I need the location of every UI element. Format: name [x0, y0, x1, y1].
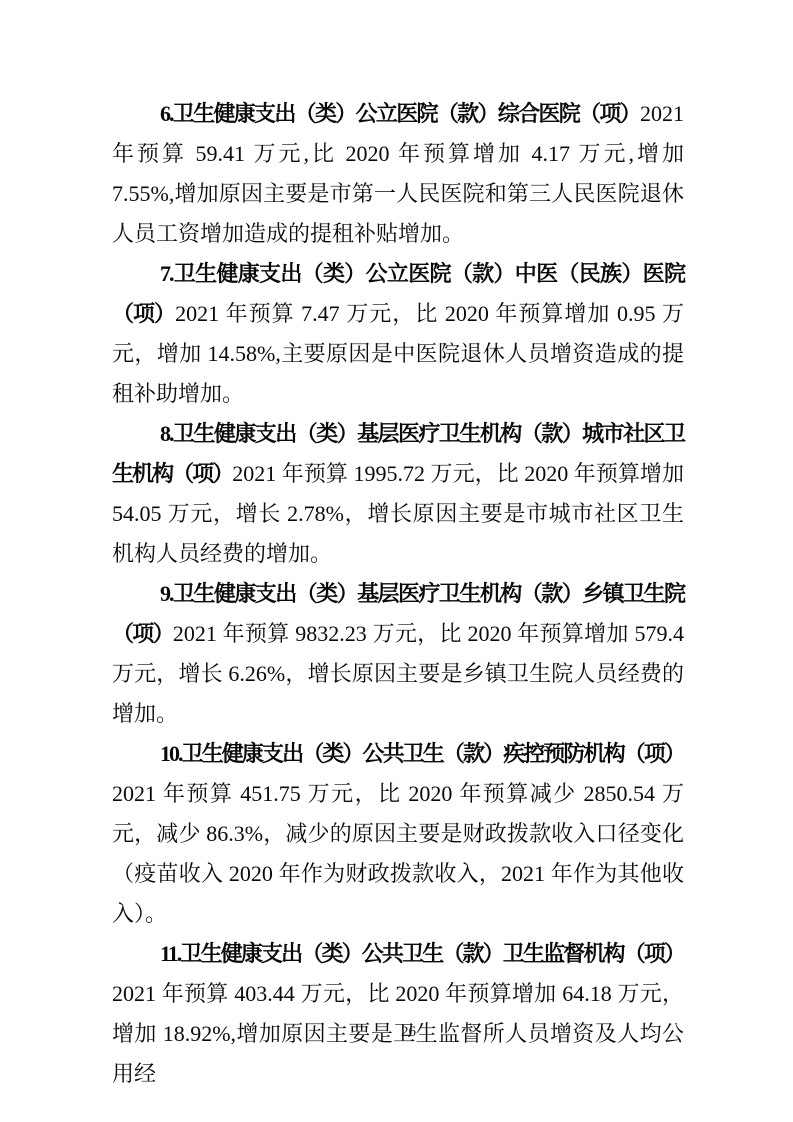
paragraph-item-6: 6.卫生健康支出（类）公立医院（款）综合医院（项）2021 年预算 59.41 …: [112, 94, 684, 254]
paragraph-heading: 11.卫生健康支出（类）公共卫生（款）卫生监督机构（项）: [160, 941, 684, 966]
paragraph-item-8: 8.卫生健康支出（类）基层医疗卫生机构（款）城市社区卫生机构（项）2021 年预…: [112, 414, 684, 574]
paragraph-item-11: 11.卫生健康支出（类）公共卫生（款）卫生监督机构（项）2021 年预算 403…: [112, 934, 684, 1094]
paragraph-item-9: 9.卫生健康支出（类）基层医疗卫生机构（款）乡镇卫生院（项）2021 年预算 9…: [112, 574, 684, 734]
paragraph-body: 2021 年预算 7.47 万元，比 2020 年预算增加 0.95 万元，增加…: [112, 301, 684, 406]
paragraph-item-7: 7.卫生健康支出（类）公立医院（款）中医（民族）医院（项）2021 年预算 7.…: [112, 254, 684, 414]
paragraph-body: 2021 年预算 451.75 万元，比 2020 年预算减少 2850.54 …: [112, 781, 684, 926]
paragraph-heading: 10.卫生健康支出（类）公共卫生（款）疾控预防机构（项）: [160, 741, 684, 766]
page-number: 26: [0, 1022, 793, 1042]
document-content: 6.卫生健康支出（类）公立医院（款）综合医院（项）2021 年预算 59.41 …: [112, 94, 684, 1094]
paragraph-heading: 6.卫生健康支出（类）公立医院（款）综合医院（项）: [160, 101, 640, 126]
paragraph-item-10: 10.卫生健康支出（类）公共卫生（款）疾控预防机构（项）2021 年预算 451…: [112, 734, 684, 934]
paragraph-body: 2021 年预算 9832.23 万元，比 2020 年预算增加 579.4 万…: [112, 621, 684, 726]
document-page: 6.卫生健康支出（类）公立医院（款）综合医院（项）2021 年预算 59.41 …: [0, 0, 793, 1122]
